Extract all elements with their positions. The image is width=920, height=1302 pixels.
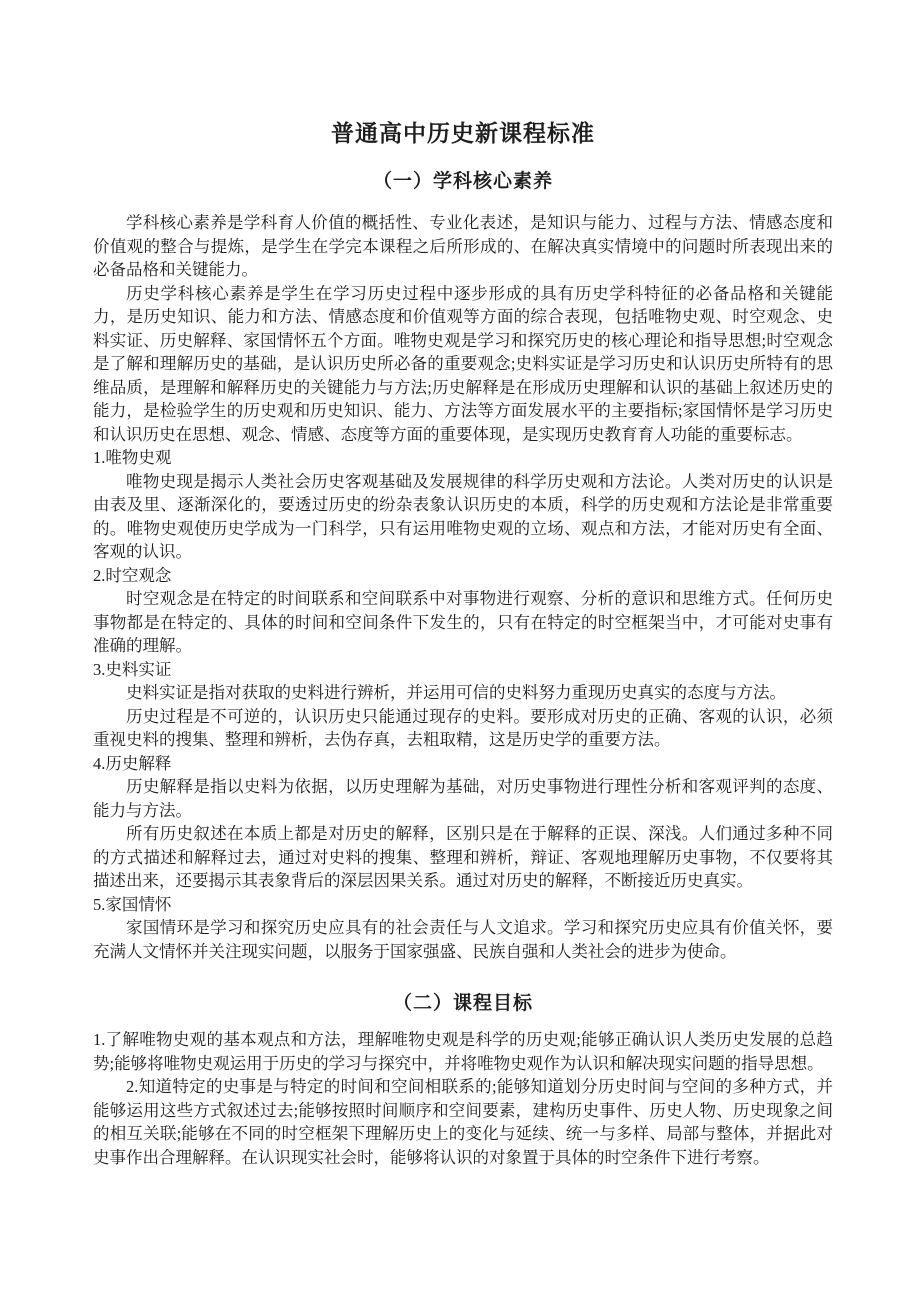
list-item-heading: 2.时空观念 <box>93 564 833 588</box>
list-item-heading: 4.历史解释 <box>93 752 833 776</box>
paragraph: 历史学科核心素养是学生在学习历史过程中逐步形成的具有历史学科特征的必备品格和关键… <box>93 282 833 447</box>
document-content: 普通高中历史新课程标准 （一）学科核心素养 学科核心素养是学科育人价值的概括性、… <box>93 117 833 1169</box>
paragraph: 历史过程是不可逆的，认识历史只能通过现存的史料。要形成对历史的正确、客观的认识，… <box>93 705 833 752</box>
list-item-heading: 1.唯物史观 <box>93 446 833 470</box>
paragraph: 史料实证是指对获取的史料进行辨析，并运用可信的史料努力重现历史真实的态度与方法。 <box>93 681 833 705</box>
paragraph: 唯物史现是揭示人类社会历史客观基础及发展规律的科学历史观和方法论。人类对历史的认… <box>93 470 833 564</box>
paragraph: 学科核心素养是学科育人价值的概括性、专业化表述，是知识与能力、过程与方法、情感态… <box>93 211 833 282</box>
section-heading-core-literacy: （一）学科核心素养 <box>93 168 833 195</box>
paragraph: 所有历史叙述在本质上都是对历史的解释，区别只是在于解释的正误、深浅。人们通过多种… <box>93 822 833 893</box>
list-item-heading: 5.家国情怀 <box>93 893 833 917</box>
paragraph: 2.知道特定的史事是与特定的时间和空间相联系的;能够知道划分历史时间与空间的多种… <box>93 1075 833 1169</box>
paragraph: 时空观念是在特定的时间联系和空间联系中对事物进行观察、分析的意识和思维方式。任何… <box>93 587 833 658</box>
paragraph: 1.了解唯物史观的基本观点和方法，理解唯物史观是科学的历史观;能够正确认识人类历… <box>93 1028 833 1075</box>
document-page: 普通高中历史新课程标准 （一）学科核心素养 学科核心素养是学科育人价值的概括性、… <box>0 0 920 1302</box>
paragraph: 历史解释是指以史料为依据，以历史理解为基础，对历史事物进行理性分析和客观评判的态… <box>93 775 833 822</box>
section-body-course-goals: 1.了解唯物史观的基本观点和方法，理解唯物史观是科学的历史观;能够正确认识人类历… <box>93 1028 833 1169</box>
paragraph: 家国情环是学习和探究历史应具有的社会责任与人文追求。学习和探究历史应具有价值关怀… <box>93 916 833 963</box>
section-body-core-literacy: 学科核心素养是学科育人价值的概括性、专业化表述，是知识与能力、过程与方法、情感态… <box>93 211 833 963</box>
document-title: 普通高中历史新课程标准 <box>93 117 833 149</box>
section-heading-course-goals: （二）课程目标 <box>93 990 833 1017</box>
list-item-heading: 3.史料实证 <box>93 658 833 682</box>
